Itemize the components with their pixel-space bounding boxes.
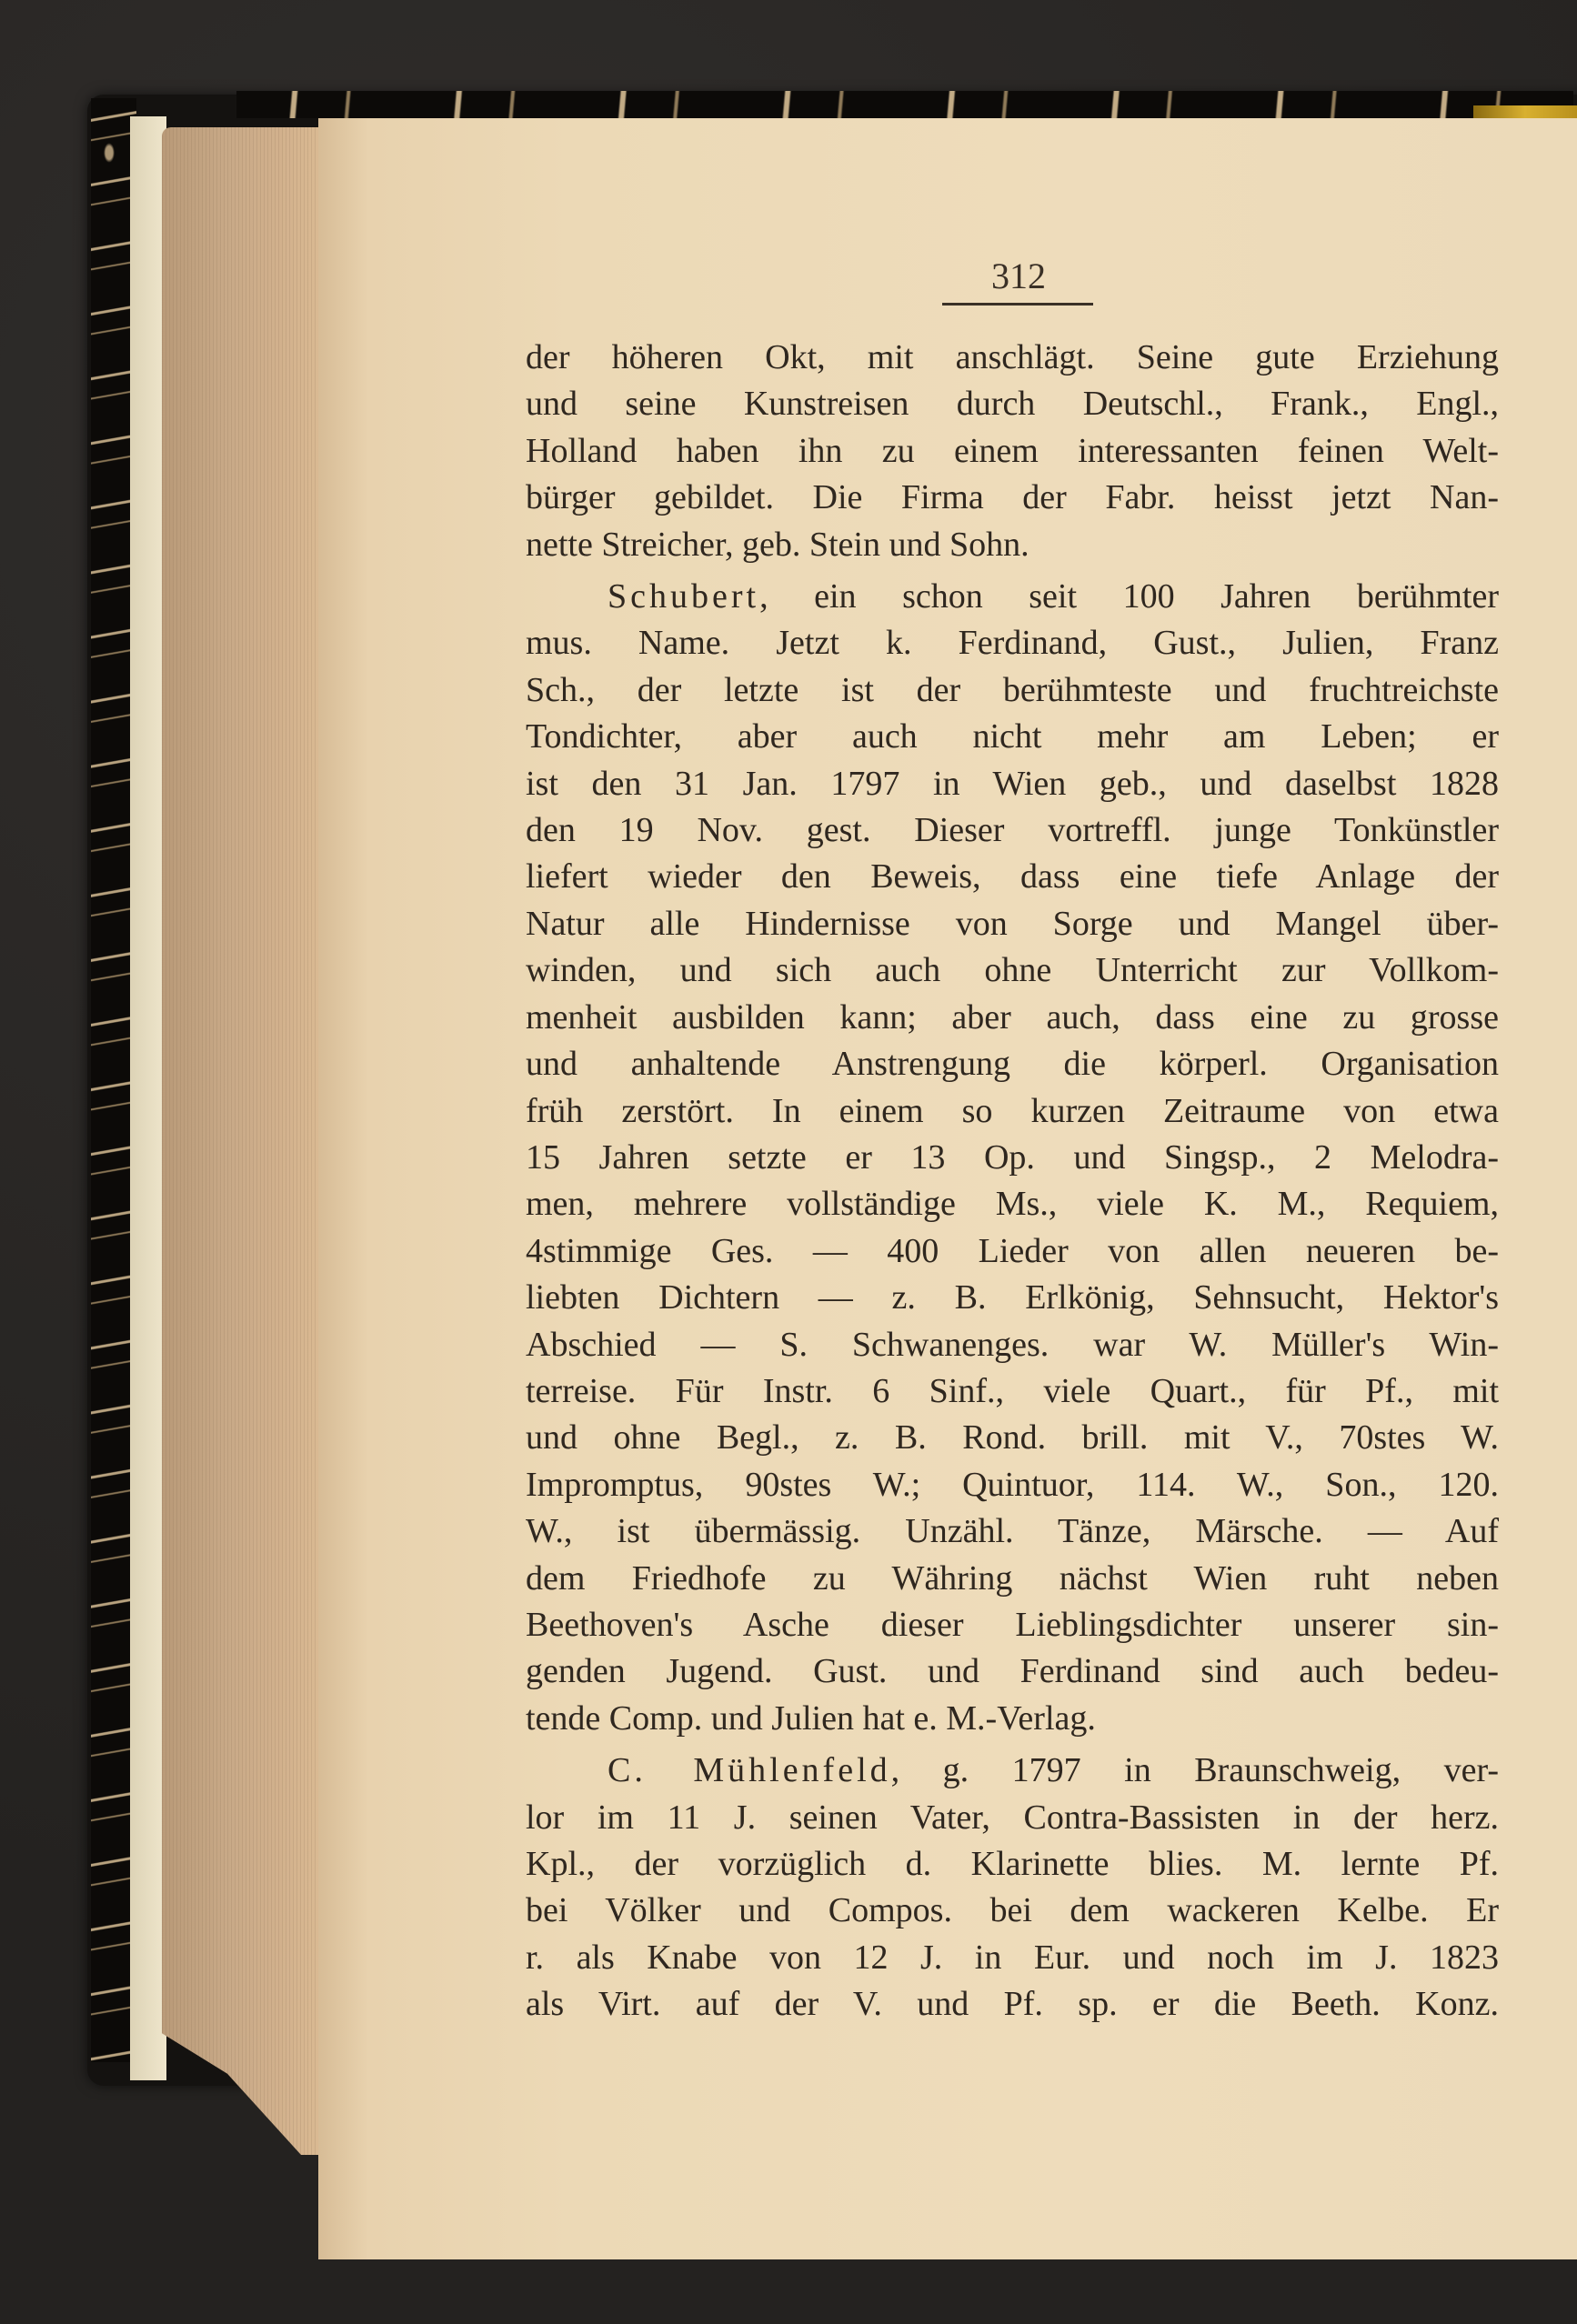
endpaper [130, 116, 166, 2080]
entry-heading: Schubert [608, 577, 759, 616]
text-line: liefert wieder den Beweis, dass eine tie… [526, 854, 1499, 900]
text-line: Sch., der letzte ist der berühmteste und… [526, 667, 1499, 714]
text-line: r. als Knabe von 12 J. in Eur. und noch … [526, 1935, 1499, 1981]
paragraph-muehlenfeld: C. Mühlenfeld, g. 1797 in Braunschweig, … [526, 1748, 1499, 2028]
text-line: 15 Jahren setzte er 13 Op. und Singsp., … [526, 1135, 1499, 1181]
text-line: terreise. Für Instr. 6 Sinf., viele Quar… [526, 1368, 1499, 1415]
text-line: Beethoven's Asche dieser Lieblingsdichte… [526, 1602, 1499, 1648]
text-line: Tondichter, aber auch nicht mehr am Lebe… [526, 714, 1499, 760]
gilt-edge [1473, 105, 1577, 118]
text-line: menheit ausbilden kann; aber auch, dass … [526, 995, 1499, 1041]
text-line: C. Mühlenfeld, g. 1797 in Braunschweig, … [526, 1748, 1499, 1794]
text-line: ist den 31 Jan. 1797 in Wien geb., und d… [526, 761, 1499, 807]
text-line: bei Völker und Compos. bei dem wackeren … [526, 1888, 1499, 1934]
text-line: Natur alle Hindernisse von Sorge und Man… [526, 901, 1499, 947]
text-line: und seine Kunstreisen durch Deutschl., F… [526, 381, 1499, 427]
text-line: nette Streicher, geb. Stein und Sohn. [526, 522, 1499, 568]
text-line: W., ist übermässig. Unzähl. Tänze, Märsc… [526, 1508, 1499, 1555]
paragraph-streicher: der höheren Okt, mit anschlägt. Seine gu… [526, 335, 1499, 568]
text-line: der höheren Okt, mit anschlägt. Seine gu… [526, 335, 1499, 381]
text-line: tende Comp. und Julien hat e. M.-Verlag. [526, 1696, 1499, 1742]
text-line: lor im 11 J. seinen Vater, Contra-Bassis… [526, 1795, 1499, 1841]
text-line: winden, und sich auch ohne Unterricht zu… [526, 947, 1499, 994]
text-line: genden Jugend. Gust. und Ferdinand sind … [526, 1648, 1499, 1695]
page-body: der höheren Okt, mit anschlägt. Seine gu… [526, 335, 1499, 2034]
text-line: Impromptus, 90stes W.; Quintuor, 114. W.… [526, 1462, 1499, 1508]
text-line: 4stimmige Ges. — 400 Lieder von allen ne… [526, 1228, 1499, 1275]
text-line: Schubert, ein schon seit 100 Jahren berü… [526, 574, 1499, 620]
entry-heading: C. Mühlenfeld [608, 1751, 891, 1789]
marbled-top-edge [236, 91, 1573, 118]
text-line: men, mehrere vollständige Ms., viele K. … [526, 1181, 1499, 1227]
text-line: mus. Name. Jetzt k. Ferdinand, Gust., Ju… [526, 620, 1499, 666]
text-line: Holland haben ihn zu einem interessanten… [526, 428, 1499, 475]
text-line: und ohne Begl., z. B. Rond. brill. mit V… [526, 1415, 1499, 1461]
paragraph-schubert: Schubert, ein schon seit 100 Jahren berü… [526, 574, 1499, 1742]
text-line: Kpl., der vorzüglich d. Klarinette blies… [526, 1841, 1499, 1888]
text-line: Abschied — S. Schwanenges. war W. Müller… [526, 1322, 1499, 1368]
text-line: den 19 Nov. gest. Dieser vortreffl. jung… [526, 807, 1499, 854]
text-line: bürger gebildet. Die Firma der Fabr. hei… [526, 475, 1499, 521]
text-line: dem Friedhofe zu Währing nächst Wien ruh… [526, 1556, 1499, 1602]
text-line: liebten Dichtern — z. B. Erlkönig, Sehns… [526, 1275, 1499, 1321]
page-number-rule [942, 303, 1093, 306]
text-line: früh zerstört. In einem so kurzen Zeitra… [526, 1088, 1499, 1135]
page-number: 312 [946, 255, 1091, 297]
text-line: als Virt. auf der V. und Pf. sp. er die … [526, 1981, 1499, 2028]
text-line: und anhaltende Anstrengung die körperl. … [526, 1041, 1499, 1087]
page-block-edge [162, 127, 326, 2155]
